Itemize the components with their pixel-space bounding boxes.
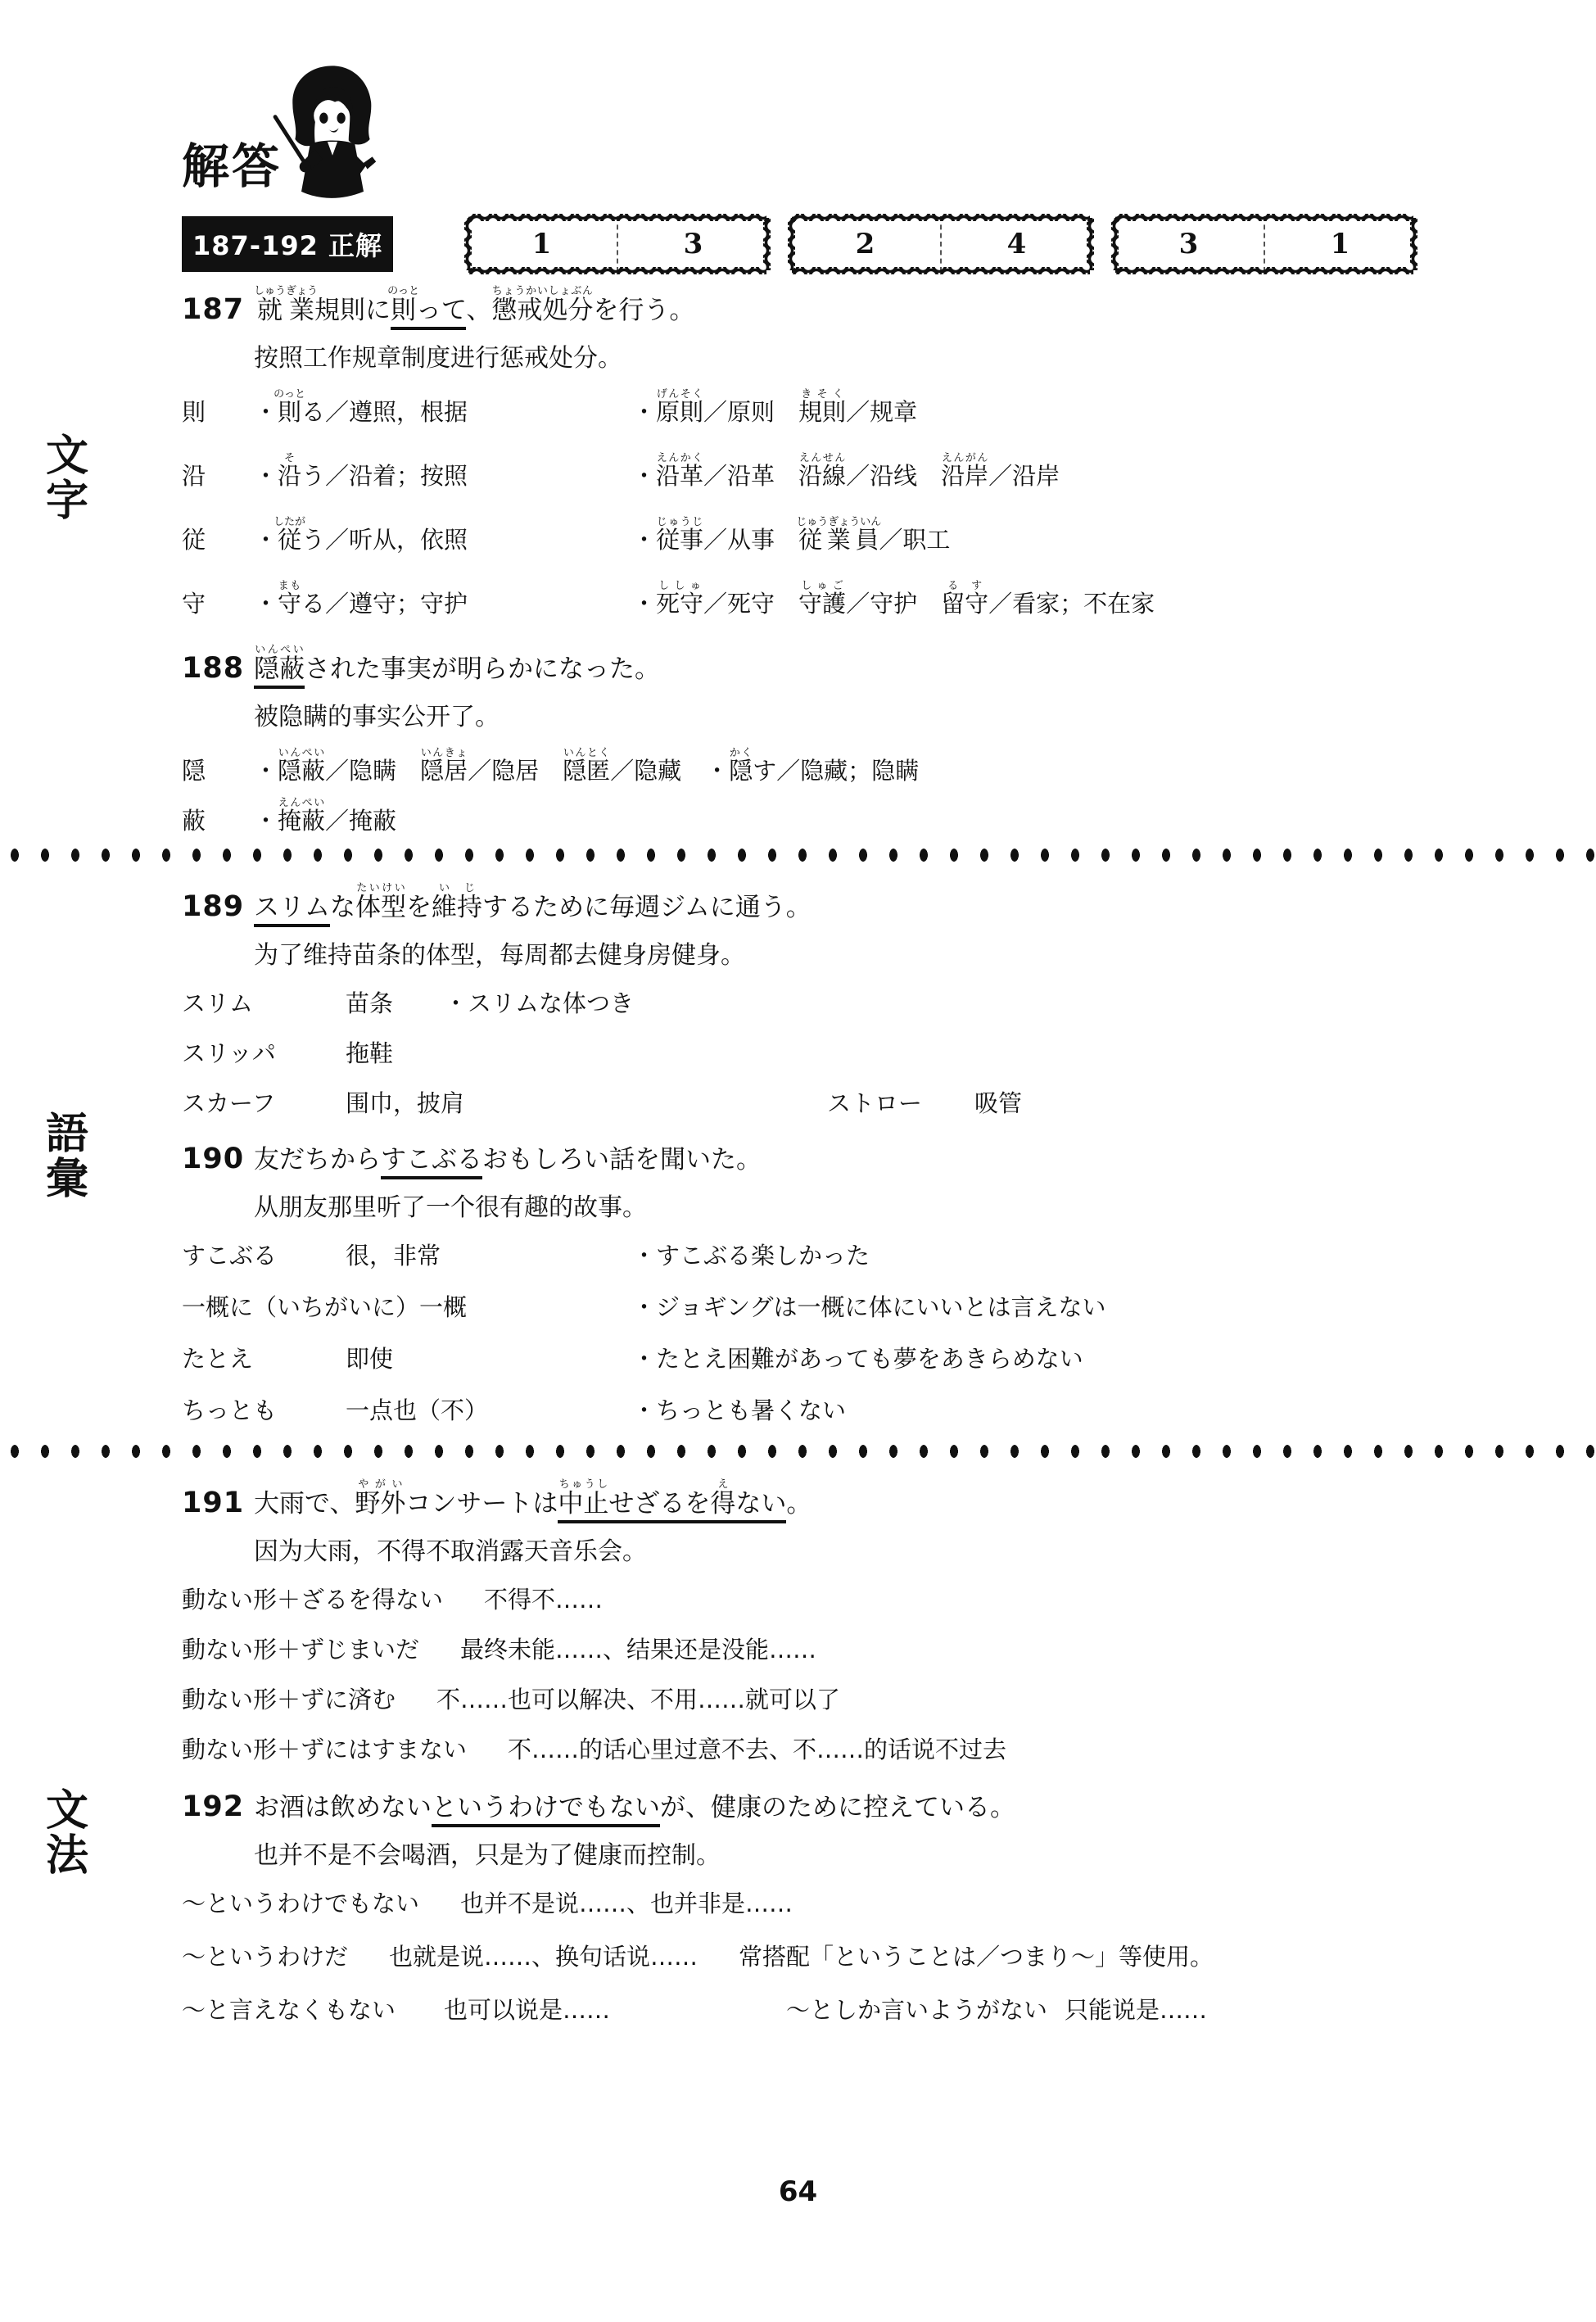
answer-strip: 187-192 正解 132431	[182, 216, 1415, 272]
explanation-row: スリム苗条・スリムな体つき	[182, 985, 1524, 1019]
wavy-border	[468, 267, 766, 274]
wavy-border	[1111, 218, 1119, 270]
row-cell: 苗条	[346, 985, 403, 1019]
row-cell: すこぶる	[182, 1238, 305, 1271]
row-cell: 沿	[182, 458, 213, 491]
text-run: ～というわけだ	[182, 1943, 348, 1971]
wavy-border	[792, 267, 1090, 274]
text-run: ・	[254, 462, 278, 490]
ruby-text: 体型たいけい	[355, 893, 406, 922]
row-cell: ～というわけでもない	[182, 1885, 419, 1919]
text-run: お酒は飲めない	[254, 1793, 432, 1822]
row-cell: 動ない形＋ざるを得ない	[182, 1582, 443, 1615]
ruby-text: 隠匿いんとく	[563, 757, 610, 785]
wavy-border	[1115, 214, 1413, 221]
ruby-text: 従事じゅうじ	[656, 526, 703, 554]
question-number: 192	[182, 1790, 254, 1823]
text-run: おもしろい話を聞いた。	[482, 1145, 762, 1175]
text-run: 一点也（不）	[346, 1396, 488, 1424]
text-run: す／隐藏；隐瞒	[753, 757, 919, 785]
dotted-divider	[0, 848, 1596, 862]
text-run: 友だちから	[254, 1145, 381, 1175]
text-run: ／死守	[703, 590, 798, 618]
wavy-border	[763, 218, 771, 270]
answer-value: 1	[467, 216, 617, 272]
ruby-text: 隠かく	[729, 757, 753, 785]
text-run: 動ない形＋ずに済む	[182, 1686, 396, 1713]
text-run: ／规章	[846, 398, 917, 426]
text-run: 不……也可以解决、不用……就可以了	[436, 1686, 840, 1713]
text-run: ・	[632, 526, 656, 554]
text-run: すこぶる	[381, 1145, 482, 1179]
text-run: 不得不……	[484, 1586, 603, 1614]
text-run: う／沿着；按照	[301, 462, 468, 490]
ruby-text: 規則きそく	[798, 398, 846, 426]
text-run: 苗条	[346, 989, 393, 1017]
question-sentence: 189スリムな体型たいけいを維持いじするために毎週ジムに通う。	[182, 882, 1524, 923]
row-cell: スリッパ	[182, 1035, 305, 1069]
wavy-border	[788, 218, 795, 270]
ruby-text: 従したが	[278, 526, 301, 554]
row-cell: 最终未能……、结果还是没能……	[460, 1632, 816, 1665]
text-run: ・	[632, 462, 656, 490]
row-cell: 吸管	[974, 1085, 1022, 1119]
text-run: 不……的话心里过意不去、不……的话说不过去	[508, 1736, 1006, 1763]
ruby-text: 得え	[710, 1489, 735, 1523]
text-run: 大雨で、	[254, 1489, 355, 1519]
text-run: ／隐藏 ・	[610, 757, 729, 785]
text-run: スカーフ	[182, 1089, 276, 1117]
chinese-translation: 按照工作规章制度进行惩戒处分。	[254, 337, 1524, 373]
text-run: ／职工	[879, 526, 950, 554]
text-run: 沿	[182, 462, 206, 490]
question-190: 190友だちからすこぶるおもしろい話を聞いた。从朋友那里听了一个很有趣的故事。す…	[182, 1138, 1524, 1426]
text-run: たとえ	[182, 1345, 253, 1373]
ruby-text: 掩蔽えんぺい	[278, 807, 325, 835]
row-cell: 即使	[346, 1341, 591, 1374]
text-run: すこぶる	[182, 1242, 277, 1270]
wavy-border	[1410, 218, 1417, 270]
row-cell: 不……的话心里过意不去、不……的话说不过去	[508, 1731, 1006, 1765]
text-run: ・すこぶる楽しかった	[632, 1242, 870, 1270]
text-run: って	[416, 296, 466, 330]
row-cell: ・死守ししゅ／死守 守護しゅご／守护 留守るす／看家；不在家	[632, 580, 1155, 619]
row-cell: ・原則げんそく／原则 規則きそく／规章	[632, 388, 917, 428]
japanese-sentence: 大雨で、野外やがいコンサートは中止ちゅうしせざるを得えない。	[254, 1478, 812, 1519]
row-cell: ～と言えなくもない	[182, 1992, 403, 2026]
text-run: ／看家；不在家	[988, 590, 1155, 618]
text-run: 蔽	[182, 807, 206, 835]
answer-value: 1	[1264, 216, 1415, 272]
text-run: 従	[182, 526, 206, 554]
chinese-translation: 被隐瞒的事实公开了。	[254, 696, 1524, 732]
teacher-girl-illustration	[270, 61, 395, 216]
row-cell: ・たとえ困難があっても夢をあきらめない	[632, 1341, 1083, 1374]
text-run: ／守护	[846, 590, 941, 618]
explanation-row: 動ない形＋ずじまいだ最终未能……、结果还是没能……	[182, 1632, 1524, 1665]
row-cell: ・隠蔽いんぺい／隐瞒 隠居いんきょ／隐居 隠匿いんとく／隐藏 ・隠かくす／隐藏；…	[254, 747, 919, 786]
row-cell: ちっとも	[182, 1392, 305, 1426]
text-run: 吸管	[974, 1089, 1022, 1117]
text-run: ／原则	[703, 398, 798, 426]
text-run: ・スリムな体つき	[444, 989, 634, 1017]
ruby-text: 則のっと	[391, 296, 416, 330]
text-run: ・	[254, 757, 278, 785]
question-sentence: 190友だちからすこぶるおもしろい話を聞いた。	[182, 1138, 1524, 1175]
text-run: ／隐瞒	[325, 757, 420, 785]
text-run: う／听从，依照	[301, 526, 468, 554]
chinese-translation: 从朋友那里听了一个很有趣的故事。	[254, 1187, 1524, 1223]
wavy-border	[1115, 267, 1413, 274]
explanation-row: 動ない形＋ざるを得ない不得不……	[182, 1582, 1524, 1615]
explanation-row: ～と言えなくもない也可以说是……～としか言いようがない只能说是……	[182, 1992, 1524, 2026]
ruby-text: 従業員じゅうぎょういん	[798, 526, 879, 554]
row-cell: 不……也可以解决、不用……就可以了	[436, 1682, 840, 1715]
text-run: ちっとも	[182, 1396, 277, 1424]
answer-boxes: 132431	[467, 216, 1415, 272]
wavy-border	[792, 214, 1090, 221]
answer-box-3: 31	[1114, 216, 1415, 272]
ruby-text: 隠蔽いんぺい	[278, 757, 325, 785]
ruby-text: 守まも	[278, 590, 301, 618]
text-run: スリム	[254, 893, 330, 927]
answer-value: 2	[790, 216, 940, 272]
page-title: 解答	[182, 128, 282, 197]
wavy-border	[468, 214, 766, 221]
row-cell: ・沿そう／沿着；按照	[254, 452, 591, 491]
text-run: 也就是说……、换句话说……	[389, 1943, 698, 1971]
teacher-girl-icon	[270, 61, 395, 213]
row-cell: ・掩蔽えんぺい／掩蔽	[254, 797, 396, 836]
row-cell: 常搭配「ということは／つまり～」等使用。	[739, 1939, 1214, 1972]
answer-value: 4	[940, 216, 1092, 272]
row-cell: 従	[182, 522, 213, 555]
row-cell: 也并不是说……、也并非是……	[460, 1885, 793, 1919]
explanation-row: ～というわけだ也就是说……、换句话说……常搭配「ということは／つまり～」等使用。	[182, 1939, 1524, 1972]
ruby-text: 沿線えんせん	[798, 462, 846, 490]
text-run: 動ない形＋ずじまいだ	[182, 1636, 419, 1663]
text-run: 則	[182, 398, 206, 426]
text-run: ・	[632, 398, 656, 426]
explanation-row: ～というわけでもない也并不是说……、也并非是……	[182, 1885, 1524, 1919]
text-run: ／从事	[703, 526, 798, 554]
ruby-text: 中止ちゅうし	[558, 1489, 608, 1523]
row-cell: ・スリムな体つき	[444, 985, 634, 1019]
row-cell: 很，非常	[346, 1238, 591, 1271]
ruby-text: 沿革えんかく	[656, 462, 703, 490]
explanation-row: 隠・隠蔽いんぺい／隐瞒 隠居いんきょ／隐居 隠匿いんとく／隐藏 ・隠かくす／隐藏…	[182, 747, 1524, 786]
text-run: 動ない形＋ずにはすまない	[182, 1736, 467, 1763]
text-run: 也并不是说……、也并非是……	[460, 1890, 793, 1917]
explanation-row: 則・則のっとる／遵照，根据・原則げんそく／原则 規則きそく／规章	[182, 388, 1524, 428]
ruby-text: 維持いじ	[432, 893, 482, 922]
text-run: ・ちっとも暑くない	[632, 1396, 846, 1424]
row-cell: 則	[182, 394, 213, 428]
text-run: ～というわけでもない	[182, 1890, 419, 1917]
row-cell: 也就是说……、换句话说……	[389, 1939, 698, 1972]
text-run: コンサートは	[405, 1489, 558, 1519]
row-cell: 動ない形＋ずにはすまない	[182, 1731, 467, 1765]
answer-range-label: 187-192 正解	[182, 216, 393, 272]
text-run: を	[406, 893, 432, 922]
text-run: ・	[254, 807, 278, 835]
explanation-row: すこぶる很，非常・すこぶる楽しかった	[182, 1238, 1524, 1271]
text-run: ない	[735, 1489, 786, 1523]
explanation-row: 従・従したがう／听从，依照・従事じゅうじ／从事 従業員じゅうぎょういん／职工	[182, 516, 1524, 555]
text-run: スリム	[182, 989, 253, 1017]
ruby-text: 隠蔽いんぺい	[254, 654, 305, 689]
text-run: せざるを	[608, 1489, 710, 1523]
text-run: ／掩蔽	[325, 807, 396, 835]
text-run: 一概に（いちがいに）一概	[182, 1293, 467, 1321]
row-cell: ～としか言いようがない	[786, 1992, 1024, 2026]
dotted-divider	[0, 1444, 1596, 1459]
text-run: 很，非常	[346, 1242, 441, 1270]
row-cell: ・則のっとる／遵照，根据	[254, 388, 591, 428]
text-run: ストロー	[827, 1089, 922, 1117]
text-run: を行う。	[593, 296, 694, 325]
ruby-text: 隠居いんきょ	[420, 757, 468, 785]
text-run: ～としか言いようがない	[786, 1996, 1047, 2024]
row-cell: ・沿革えんかく／沿革 沿線えんせん／沿线 沿岸えんがん／沿岸	[632, 452, 1060, 491]
text-run: ／沿岸	[988, 462, 1060, 490]
row-cell: 不得不……	[484, 1582, 603, 1615]
question-number: 188	[182, 652, 254, 685]
ruby-text: 沿岸えんがん	[941, 462, 988, 490]
question-189: 189スリムな体型たいけいを維持いじするために毎週ジムに通う。为了维持苗条的体型…	[182, 882, 1524, 1119]
text-run: 围巾，披肩	[346, 1089, 464, 1117]
row-cell: ・ちっとも暑くない	[632, 1392, 846, 1426]
question-192: 192お酒は飲めないというわけでもないが、健康のために控えている。也并不是不会喝…	[182, 1786, 1524, 2026]
ruby-text: 留守るす	[941, 590, 988, 618]
row-cell: 围巾，披肩	[346, 1085, 786, 1119]
explanation-row: スカーフ围巾，披肩ストロー吸管	[182, 1085, 1524, 1119]
ruby-text: 則のっと	[278, 398, 301, 426]
text-run: 、	[466, 296, 491, 325]
row-cell: 一概に（いちがいに）一概	[182, 1289, 591, 1323]
text-run: というわけでもない	[432, 1793, 660, 1827]
answer-value: 3	[1114, 216, 1264, 272]
row-cell: 一点也（不）	[346, 1392, 591, 1426]
text-run: 規則に	[314, 296, 391, 325]
text-run: ・ジョギングは一概に体にいいとは言えない	[632, 1293, 1106, 1321]
question-number: 189	[182, 890, 254, 923]
text-run: するために毎週ジムに通う。	[482, 893, 812, 922]
answer-box-2: 24	[790, 216, 1092, 272]
explanation-row: ちっとも一点也（不）・ちっとも暑くない	[182, 1392, 1524, 1426]
row-cell: ・ジョギングは一概に体にいいとは言えない	[632, 1289, 1106, 1323]
explanation-row: たとえ即使・たとえ困難があっても夢をあきらめない	[182, 1341, 1524, 1374]
wavy-border	[464, 218, 472, 270]
text-run: が、健康のために控えている。	[660, 1793, 1015, 1822]
question-sentence: 188隠蔽いんぺいされた事実が明らかになった。	[182, 644, 1524, 685]
ruby-text: 原則げんそく	[656, 398, 703, 426]
text-run: ／沿线	[846, 462, 941, 490]
text-run: 隠	[182, 757, 206, 785]
text-run: 常搭配「ということは／つまり～」等使用。	[739, 1943, 1214, 1971]
text-run: ・	[632, 590, 656, 618]
row-cell: 守	[182, 586, 213, 619]
question-number: 187	[182, 293, 254, 326]
explanation-row: 一概に（いちがいに）一概・ジョギングは一概に体にいいとは言えない	[182, 1289, 1524, 1323]
text-run: 只能说是……	[1065, 1996, 1207, 2024]
japanese-sentence: 就業しゅうぎょう規則に則のっとって、懲戒処分ちょうかいしょぶんを行う。	[254, 285, 694, 326]
row-cell: 動ない形＋ずに済む	[182, 1682, 396, 1715]
japanese-sentence: スリムな体型たいけいを維持いじするために毎週ジムに通う。	[254, 882, 812, 923]
answer-key-page: 解答 187-192 正解 132431 文字語彙文法	[0, 0, 1596, 2322]
explanation-row: 動ない形＋ずにはすまない不……的话心里过意不去、不……的话说不过去	[182, 1731, 1524, 1765]
question-number: 191	[182, 1487, 254, 1519]
row-cell: ～というわけだ	[182, 1939, 348, 1972]
question-187: 187就業しゅうぎょう規則に則のっとって、懲戒処分ちょうかいしょぶんを行う。按照…	[182, 285, 1524, 619]
ruby-text: 死守ししゅ	[656, 590, 703, 618]
row-cell: ・従したがう／听从，依照	[254, 516, 591, 555]
text-run: な	[330, 893, 355, 922]
text-run: ／隐居	[468, 757, 563, 785]
answer-value: 3	[617, 216, 768, 272]
question-sentence: 187就業しゅうぎょう規則に則のっとって、懲戒処分ちょうかいしょぶんを行う。	[182, 285, 1524, 326]
text-run: る／遵照，根据	[301, 398, 468, 426]
chinese-translation: 为了维持苗条的体型，每周都去健身房健身。	[254, 935, 1524, 971]
explanation-row: 沿・沿そう／沿着；按照・沿革えんかく／沿革 沿線えんせん／沿线 沿岸えんがん／沿…	[182, 452, 1524, 491]
text-run: 也可以说是……	[444, 1996, 610, 2024]
question-sentence: 192お酒は飲めないというわけでもないが、健康のために控えている。	[182, 1786, 1524, 1823]
japanese-sentence: お酒は飲めないというわけでもないが、健康のために控えている。	[254, 1786, 1015, 1823]
ruby-text: 沿そ	[278, 462, 301, 490]
chinese-translation: 也并不是不会喝酒，只是为了健康而控制。	[254, 1835, 1524, 1871]
ruby-text: 野外やがい	[355, 1489, 405, 1519]
text-run: ～と言えなくもない	[182, 1996, 396, 2024]
row-cell: ・従事じゅうじ／从事 従業員じゅうぎょういん／职工	[632, 516, 950, 555]
row-cell: ・守まもる／遵守；守护	[254, 580, 591, 619]
explanation-row: スリッパ拖鞋	[182, 1035, 1524, 1069]
text-run: る／遵守；守护	[301, 590, 468, 618]
page-number: 64	[0, 2175, 1596, 2208]
row-cell: 拖鞋	[346, 1035, 393, 1069]
chinese-translation: 因为大雨，不得不取消露天音乐会。	[254, 1531, 1524, 1567]
wavy-border	[1087, 218, 1094, 270]
text-run: 拖鞋	[346, 1039, 393, 1067]
row-cell: スリム	[182, 985, 305, 1019]
japanese-sentence: 友だちからすこぶるおもしろい話を聞いた。	[254, 1138, 762, 1175]
text-run: スリッパ	[182, 1039, 276, 1067]
answer-box-1: 13	[467, 216, 768, 272]
sections: 187就業しゅうぎょう規則に則のっとって、懲戒処分ちょうかいしょぶんを行う。按照…	[0, 285, 1596, 2045]
text-run: 最终未能……、结果还是没能……	[460, 1636, 816, 1663]
row-cell: 隠	[182, 753, 213, 786]
row-cell: 蔽	[182, 803, 213, 836]
row-cell: ストロー	[827, 1085, 934, 1119]
ruby-text: 就業しゅうぎょう	[254, 296, 314, 325]
text-run: 。	[786, 1489, 812, 1519]
text-run: 守	[182, 590, 206, 618]
row-cell: 只能说是……	[1065, 1992, 1207, 2026]
question-191: 191大雨で、野外やがいコンサートは中止ちゅうしせざるを得えない。因为大雨，不得…	[182, 1478, 1524, 1765]
question-sentence: 191大雨で、野外やがいコンサートは中止ちゅうしせざるを得えない。	[182, 1478, 1524, 1519]
ruby-text: 懲戒処分ちょうかいしょぶん	[491, 296, 593, 325]
row-cell: ・すこぶる楽しかった	[632, 1238, 870, 1271]
explanation-row: 動ない形＋ずに済む不……也可以解决、不用……就可以了	[182, 1682, 1524, 1715]
row-cell: スカーフ	[182, 1085, 305, 1119]
text-run: ・たとえ困難があっても夢をあきらめない	[632, 1345, 1083, 1373]
text-run: 動ない形＋ざるを得ない	[182, 1586, 443, 1614]
explanation-row: 蔽・掩蔽えんぺい／掩蔽	[182, 797, 1524, 836]
text-run: ・	[254, 590, 278, 618]
text-run: ／沿革	[703, 462, 798, 490]
explanation-row: 守・守まもる／遵守；守护・死守ししゅ／死守 守護しゅご／守护 留守るす／看家；不…	[182, 580, 1524, 619]
text-run: 即使	[346, 1345, 393, 1373]
question-188: 188隠蔽いんぺいされた事実が明らかになった。被隐瞒的事实公开了。隠・隠蔽いんぺ…	[182, 644, 1524, 836]
japanese-sentence: 隠蔽いんぺいされた事実が明らかになった。	[254, 644, 660, 685]
row-cell: 動ない形＋ずじまいだ	[182, 1632, 419, 1665]
row-cell: たとえ	[182, 1341, 305, 1374]
question-number: 190	[182, 1143, 254, 1175]
text-run: された事実が明らかになった。	[305, 654, 660, 684]
row-cell: 也可以说是……	[444, 1992, 745, 2026]
ruby-text: 守護しゅご	[798, 590, 846, 618]
